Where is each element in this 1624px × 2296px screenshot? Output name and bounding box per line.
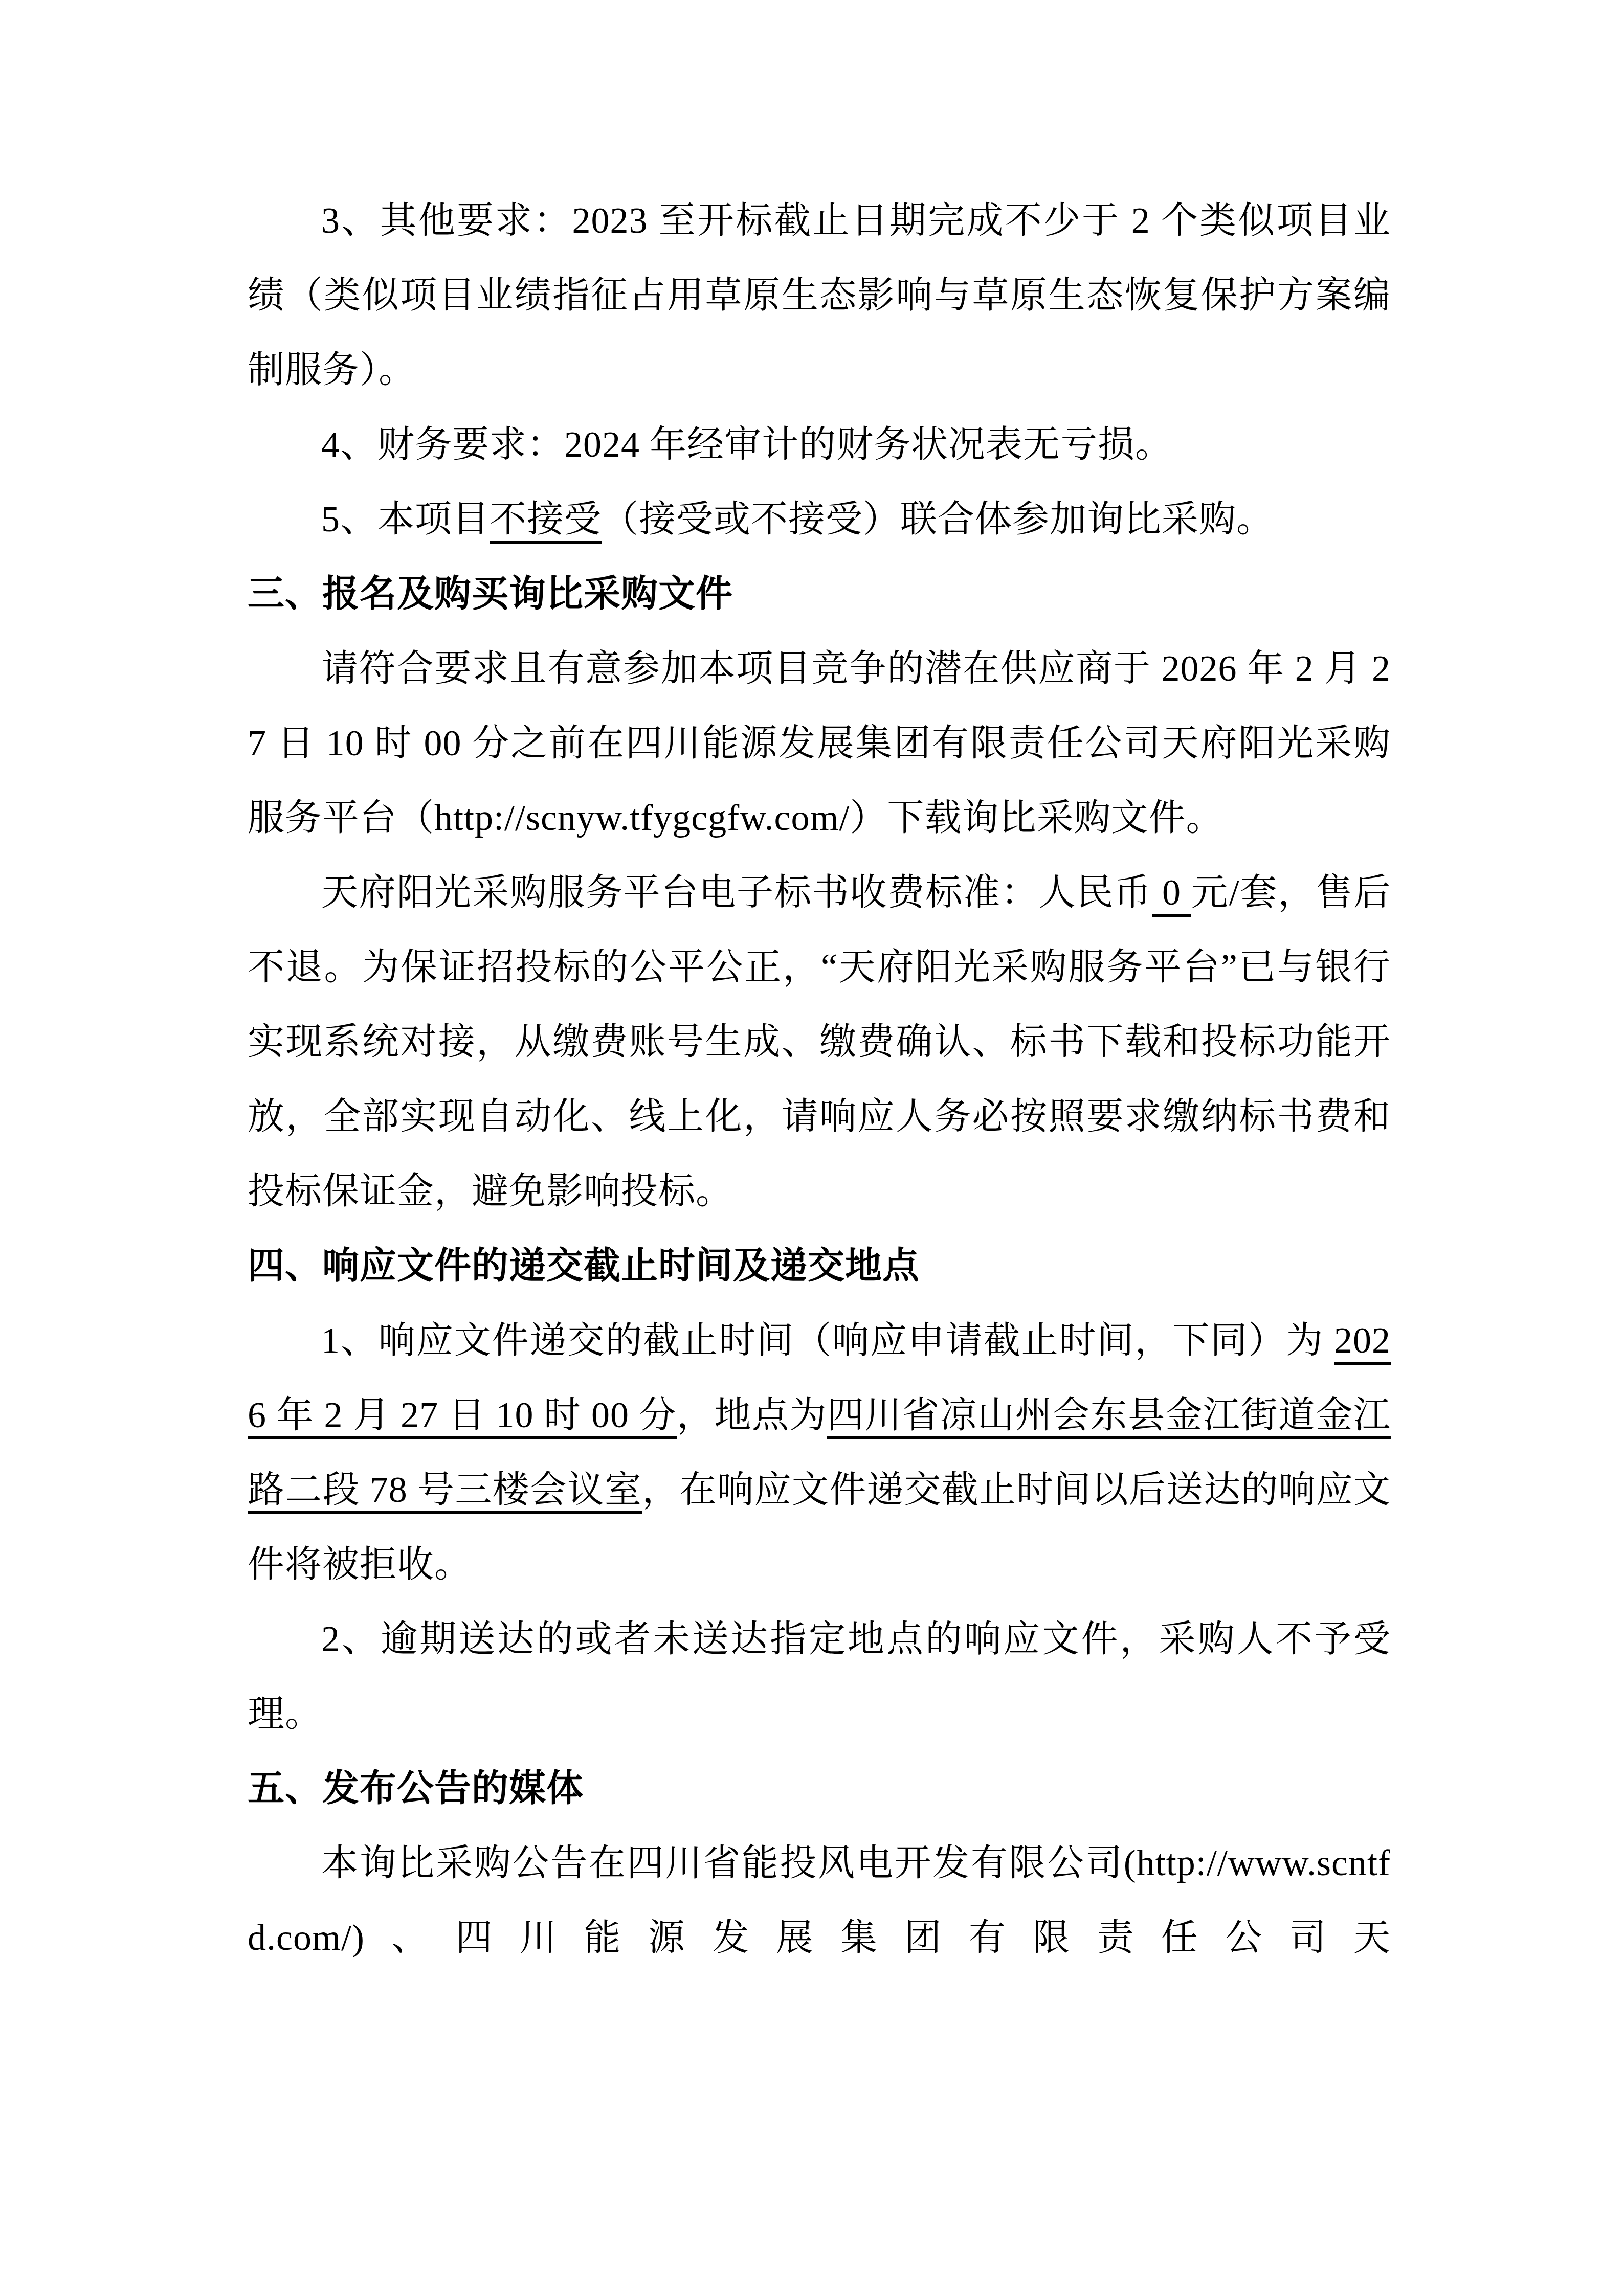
registration-download-paragraph: 请符合要求且有意参加本项目竞争的潜在供应商于 2026 年 2 月 27 日 1… <box>248 631 1391 855</box>
text-run: 元/套，售后不退。为保证招投标的公平公正，“天府阳光采购服务平台”已与银行实现系… <box>248 872 1391 1211</box>
text-run: 天府阳光采购服务平台电子标书收费标准：人民币 <box>321 872 1152 913</box>
section-heading-submission-deadline: 四、响应文件的递交截止时间及递交地点 <box>248 1228 1391 1303</box>
section-heading-registration: 三、报名及购买询比采购文件 <box>248 556 1391 631</box>
text-run: 本询比采购公告在四川省能投风电开发有限公司(http://www.scntfd.… <box>248 1842 1391 1958</box>
deadline-and-location-paragraph: 1、响应文件递交的截止时间（响应申请截止时间，下同）为 2026 年 2 月 2… <box>248 1303 1391 1602</box>
text-run: 5、本项目 <box>321 499 490 539</box>
text-run: 3、其他要求：2023 至开标截止日期完成不少于 2 个类似项目业绩（类似项目业… <box>248 200 1391 390</box>
text-run: 1、响应文件递交的截止时间（响应申请截止时间，下同）为 <box>321 1320 1334 1361</box>
heading-text: 三、报名及购买询比采购文件 <box>248 573 733 614</box>
late-delivery-paragraph: 2、逾期送达的或者未送达指定地点的响应文件，采购人不予受理。 <box>248 1602 1391 1751</box>
announcement-media-paragraph: 本询比采购公告在四川省能投风电开发有限公司(http://www.scntfd.… <box>248 1826 1391 1975</box>
clause-other-requirements: 3、其他要求：2023 至开标截止日期完成不少于 2 个类似项目业绩（类似项目业… <box>248 183 1391 407</box>
text-run: 请符合要求且有意参加本项目竞争的潜在供应商于 2026 年 2 月 27 日 1… <box>248 648 1391 838</box>
text-run: 2、逾期送达的或者未送达指定地点的响应文件，采购人不予受理。 <box>248 1618 1391 1734</box>
underlined-text-not-accept: 不接受 <box>490 499 602 539</box>
fee-standard-paragraph: 天府阳光采购服务平台电子标书收费标准：人民币 0 元/套，售后不退。为保证招投标… <box>248 855 1391 1228</box>
clause-consortium-acceptance: 5、本项目不接受（接受或不接受）联合体参加询比采购。 <box>248 482 1391 556</box>
heading-text: 五、发布公告的媒体 <box>248 1768 584 1809</box>
text-run: ，地点为 <box>677 1394 827 1435</box>
clause-financial-requirements: 4、财务要求：2024 年经审计的财务状况表无亏损。 <box>248 407 1391 482</box>
heading-text: 四、响应文件的递交截止时间及递交地点 <box>248 1245 920 1286</box>
document-page: 3、其他要求：2023 至开标截止日期完成不少于 2 个类似项目业绩（类似项目业… <box>0 0 1624 2296</box>
underlined-text-fee-amount: 0 <box>1152 872 1191 913</box>
section-heading-announcement-media: 五、发布公告的媒体 <box>248 1751 1391 1826</box>
text-run: 4、财务要求：2024 年经审计的财务状况表无亏损。 <box>321 424 1172 465</box>
text-run: （接受或不接受）联合体参加询比采购。 <box>602 499 1274 539</box>
